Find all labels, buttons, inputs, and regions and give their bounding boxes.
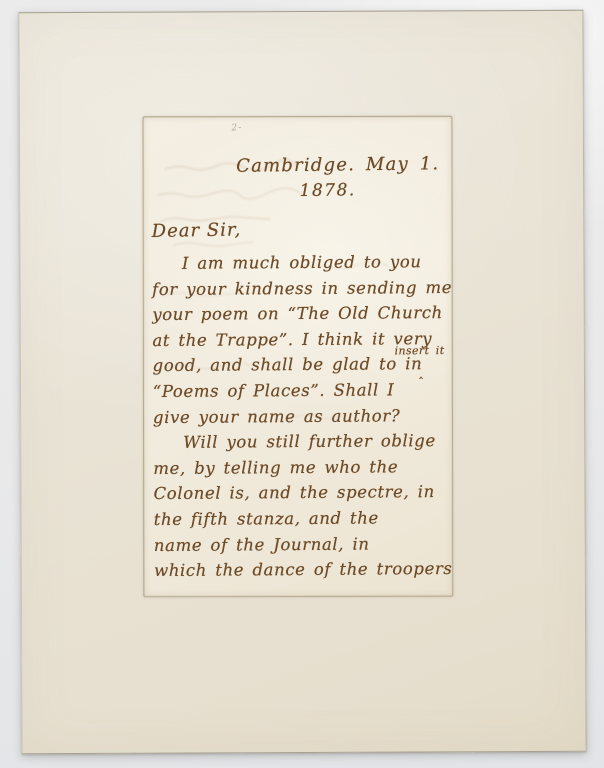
letter-line-text: which the dance of the troopers (154, 559, 453, 580)
letter-dateline: Cambridge. May 1. 1878. (143, 153, 452, 203)
letter-line: give your name as author? insert it ‸ (153, 403, 447, 431)
dateline-place-date: Cambridge. May 1. (143, 153, 451, 178)
dateline-year: 1878. (144, 179, 452, 203)
letter-line: “Poems of Places”. Shall I insert it ‸ (153, 377, 447, 405)
letter-line-text: me, by telling me who the (153, 457, 398, 478)
letter-line-text: “Poems of Places”. Shall I (153, 380, 395, 401)
letter-line: your poem on “The Old Church insert it ‸ (152, 300, 446, 328)
letter-line-text: good, and shall be glad to in (153, 355, 423, 376)
letter-line-text: I am much obliged to you (182, 252, 422, 273)
letter-body: I am much obliged to you insert it ‸ for… (152, 249, 448, 584)
letter-line: good, and shall be glad to in insert it … (153, 351, 447, 379)
letter-line: Colonel is, and the spectre, in insert i… (153, 479, 447, 507)
letter-line-text: name of the Journal, in (154, 534, 370, 555)
letter-salutation: Dear Sir, (151, 219, 241, 242)
mat-board: 2- Cambridge. May 1. 1878. Dear Sir, I a… (18, 10, 586, 754)
letter-line-text: at the Trappe”. I think it very (152, 329, 432, 350)
letter-line: me, by telling me who the insert it ‸ (153, 454, 447, 482)
pencil-notation: 2- (231, 123, 242, 134)
photograph-background: 2- Cambridge. May 1. 1878. Dear Sir, I a… (0, 0, 604, 768)
letter-line-text: your poem on “The Old Church (152, 303, 443, 324)
letter-line-text: for your kindness in sending me (152, 278, 452, 299)
letter-line: for your kindness in sending me insert i… (152, 275, 446, 303)
letter-line: which the dance of the troopers insert i… (154, 556, 448, 584)
letter-line-text: the fifth stanza, and the (154, 508, 379, 529)
interlinear-insertion: insert it (395, 345, 445, 356)
letter-line-text: give your name as author? (153, 406, 400, 427)
letter-line: I am much obliged to you insert it ‸ (152, 249, 446, 277)
letter-sheet: 2- Cambridge. May 1. 1878. Dear Sir, I a… (142, 116, 453, 598)
letter-line: name of the Journal, in insert it ‸ (154, 531, 448, 559)
letter-line: the fifth stanza, and the insert it ‸ (154, 505, 448, 533)
letter-line: Will you still further oblige insert it … (153, 428, 447, 456)
letter-line-text: Colonel is, and the spectre, in (153, 482, 434, 503)
letter-line-text: Will you still further oblige (183, 431, 436, 452)
